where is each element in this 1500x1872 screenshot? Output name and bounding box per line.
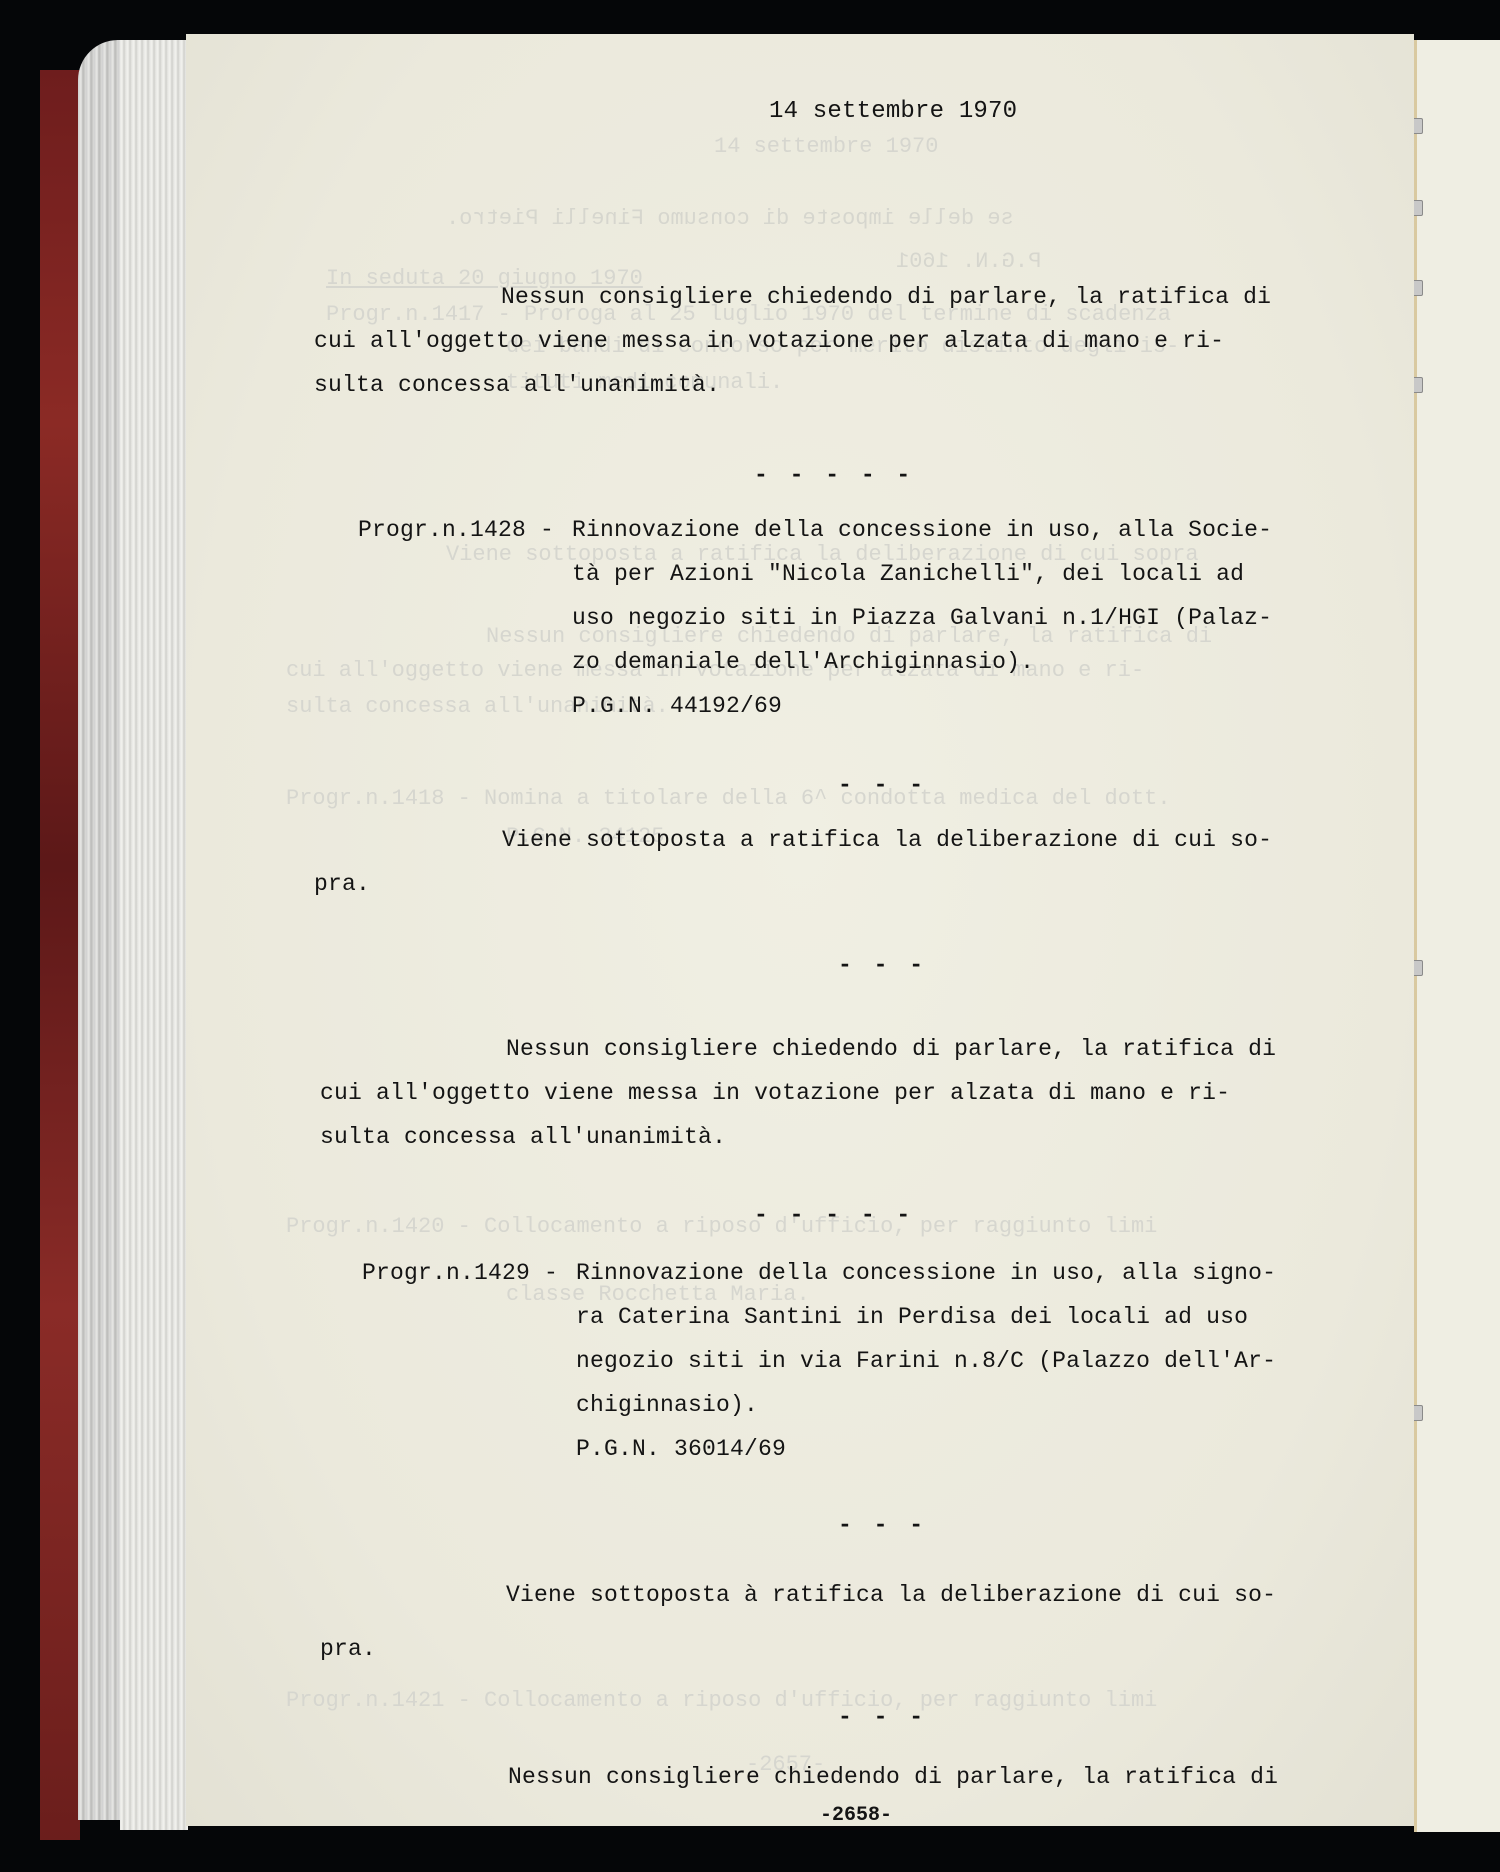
paragraph-line: cui all'oggetto viene messa in votazione…: [320, 1080, 1230, 1106]
book-cover-marbled: [40, 70, 80, 1840]
item-line: tà per Azioni "Nicola Zanichelli", dei l…: [572, 561, 1244, 587]
bleed-through-text: Progr.n.1421 - Collocamento a riposo d'u…: [286, 1688, 1157, 1713]
item-line: ra Caterina Santini in Perdisa dei local…: [576, 1304, 1248, 1330]
paragraph-line: Nessun consigliere chiedendo di parlare,…: [508, 1764, 1278, 1790]
paragraph-line: Nessun consigliere chiedendo di parlare,…: [501, 284, 1271, 310]
item-label: Progr.n.1429 -: [362, 1260, 558, 1286]
bleed-through-text: se delle imposte di consumo Finelli Piet…: [446, 206, 1014, 231]
paragraph-line: cui all'oggetto viene messa in votazione…: [314, 328, 1224, 354]
section-separator: - - -: [838, 1512, 927, 1538]
item-line: Rinnovazione della concessione in uso, a…: [576, 1260, 1276, 1286]
adjacent-page-edge: [1414, 40, 1500, 1832]
section-separator: - - -: [838, 772, 927, 798]
paragraph-line: pra.: [320, 1636, 376, 1662]
pgn-reference: P.G.N. 36014/69: [576, 1436, 786, 1462]
item-line: negozio siti in via Farini n.8/C (Palazz…: [576, 1348, 1276, 1374]
book-page-edges-inner: [120, 40, 188, 1830]
page-number: -2658-: [820, 1804, 892, 1827]
paragraph-line: Nessun consigliere chiedendo di parlare,…: [506, 1036, 1276, 1062]
section-separator: - - - - -: [754, 1202, 914, 1228]
item-line: uso negozio siti in Piazza Galvani n.1/H…: [572, 605, 1272, 631]
date-header: 14 settembre 1970: [769, 98, 1017, 125]
item-label: Progr.n.1428 -: [358, 517, 554, 543]
section-separator: - - -: [838, 1704, 927, 1730]
paragraph-line: Viene sottoposta à ratifica la deliberaz…: [506, 1582, 1276, 1608]
item-line: Rinnovazione della concessione in uso, a…: [572, 517, 1272, 543]
paragraph-line: pra.: [314, 871, 370, 897]
bleed-through-text: 14 settembre 1970: [714, 134, 938, 159]
paragraph-line: sulta concessa all'unanimità.: [320, 1124, 726, 1150]
section-separator: - - -: [838, 952, 927, 978]
document-page: 14 settembre 1970 se delle imposte di co…: [186, 34, 1414, 1826]
item-line: zo demaniale dell'Archiginnasio).: [572, 649, 1034, 675]
paragraph-line: sulta concessa all'unanimità.: [314, 372, 720, 398]
paragraph-line: Viene sottoposta a ratifica la deliberaz…: [502, 827, 1272, 853]
section-separator: - - - - -: [754, 462, 914, 488]
bleed-through-text: Progr.n.1418 - Nomina a titolare della 6…: [286, 786, 1171, 811]
pgn-reference: P.G.N. 44192/69: [572, 693, 782, 719]
bleed-through-text: P.G.N. 1601: [896, 249, 1041, 274]
bleed-through-text: Progr.n.1420 - Collocamento a riposo d'u…: [286, 1214, 1157, 1239]
item-line: chiginnasio).: [576, 1392, 758, 1418]
